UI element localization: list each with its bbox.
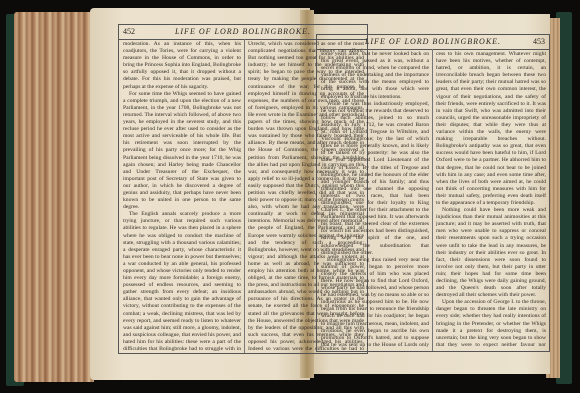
paragraph: For some time the Whigs seemed to have g… [123, 91, 241, 212]
page-edges-left [14, 12, 94, 382]
paragraph: moderation. As an instance of this, when… [123, 41, 241, 91]
paragraph: Upon the accession of George I. to the t… [436, 299, 546, 349]
paragraph: cess to his own management. Whatever mig… [436, 51, 546, 207]
paragraph: Nothing could have been more weak and in… [436, 207, 546, 299]
column-divider [432, 49, 433, 351]
right-page-column-1: some years after, that he never looked b… [321, 51, 429, 349]
right-page-header: LIFE OF LORD BOLINGBROKE. 453 [317, 35, 549, 50]
right-page-number: 453 [533, 37, 545, 46]
right-page-text-frame: LIFE OF LORD BOLINGBROKE. 453 some years… [316, 34, 550, 352]
paragraph: Bolingbroke being thus raised very near … [321, 257, 429, 349]
paragraph: While he was thus industriously employed… [321, 101, 429, 257]
paragraph: some years after, that he never looked b… [321, 51, 429, 101]
paragraph: The English annals scarcely produce a mo… [123, 211, 241, 351]
right-running-title: LIFE OF LORD BOLINGBROKE. [317, 37, 549, 46]
column-divider [244, 39, 245, 353]
right-page-column-2: cess to his own management. Whatever mig… [436, 51, 546, 349]
left-page-column-1: moderation. As an instance of this, when… [123, 41, 241, 351]
